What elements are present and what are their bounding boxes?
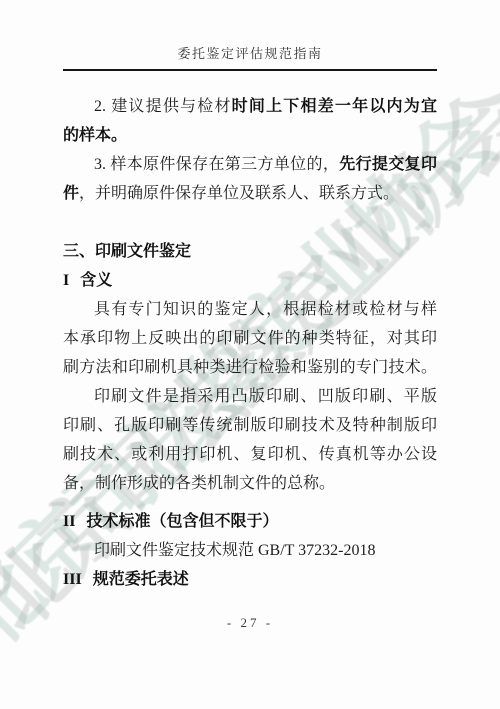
text-line: 印刷、孔版印刷等传统制版印刷技术及特种制版印 — [63, 411, 437, 440]
section-heading: III规范委托表述 — [63, 565, 437, 594]
text-line: 刷技术、或利用打印机、复印机、传真机等办公设 — [63, 440, 437, 469]
section-heading: II技术标准（包含但不限于） — [63, 507, 437, 536]
page-footer: - 27 - — [0, 615, 500, 631]
text-run: 先行提交复印 — [339, 156, 437, 173]
text-run: 技术标准（包含但不限于） — [86, 513, 278, 530]
text-line: 3. 样本原件保存在第三方单位的，先行提交复印 — [63, 150, 437, 179]
text-run: 印刷文件鉴定技术规范 GB/T 37232-2018 — [94, 542, 376, 559]
text-line: 刷方法和印刷机具种类进行检验和鉴别的专门技术。 — [63, 353, 437, 382]
header-title: 委托鉴定评估规范指南 — [0, 0, 500, 62]
text-line: 备，制作形成的各类机制文件的总称。 — [63, 469, 437, 498]
text-run: ，并明确原件保存单位及联系人、联系方式。 — [79, 185, 399, 202]
text-line: 件，并明确原件保存单位及联系人、联系方式。 — [63, 179, 437, 208]
page-number: - 27 - — [0, 615, 500, 631]
text-run: 的样本。 — [63, 127, 127, 144]
text-run: 印刷、孔版印刷等传统制版印刷技术及特种制版印 — [63, 417, 437, 434]
text-line: 印刷文件鉴定技术规范 GB/T 37232-2018 — [63, 536, 437, 565]
text-run: 印刷文件是指采用凸版印刷、凹版印刷、平版 — [94, 388, 437, 405]
section-heading: 三、印刷文件鉴定 — [63, 237, 437, 266]
text-run: III — [63, 571, 82, 588]
text-run: 刷技术、或利用打印机、复印机、传真机等办公设 — [63, 446, 437, 463]
text-run: II — [63, 513, 75, 530]
text-run: 刷方法和印刷机具种类进行检验和鉴别的专门技术。 — [63, 359, 437, 376]
text-run: 本承印物上反映出的印刷文件的种类特征，对其印 — [63, 330, 437, 347]
text-run: 备，制作形成的各类机制文件的总称。 — [63, 475, 335, 492]
text-line: 2. 建议提供与检材时间上下相差一年以内为宜 — [63, 92, 437, 121]
document-body: 2. 建议提供与检材时间上下相差一年以内为宜的样本。3. 样本原件保存在第三方单… — [63, 92, 437, 594]
text-line: 本承印物上反映出的印刷文件的种类特征，对其印 — [63, 324, 437, 353]
text-run: 3. 样本原件保存在第三方单位的， — [94, 156, 339, 173]
blank-line — [63, 208, 437, 237]
text-run: 含义 — [80, 272, 112, 289]
text-run: 时间上下相差一年以内为宜 — [232, 98, 437, 115]
text-run: 具有专门知识的鉴定人，根据检材或检材与样 — [94, 301, 437, 318]
text-run: 三、印刷文件鉴定 — [63, 243, 191, 260]
text-line: 印刷文件是指采用凸版印刷、凹版印刷、平版 — [63, 382, 437, 411]
text-run: 2. 建议提供与检材 — [94, 98, 232, 115]
text-line: 的样本。 — [63, 121, 437, 150]
document-page: 北京司法鉴定业协会 北京司法鉴定业协会 委托鉴定评估规范指南 2. 建议提供与检… — [0, 0, 500, 709]
page-header: 委托鉴定评估规范指南 — [0, 0, 500, 71]
header-rule — [63, 69, 437, 71]
section-heading: I含义 — [63, 266, 437, 295]
text-run: I — [63, 272, 69, 289]
text-run: 件 — [63, 185, 79, 202]
text-run: 规范委托表述 — [93, 571, 189, 588]
text-line: 具有专门知识的鉴定人，根据检材或检材与样 — [63, 295, 437, 324]
